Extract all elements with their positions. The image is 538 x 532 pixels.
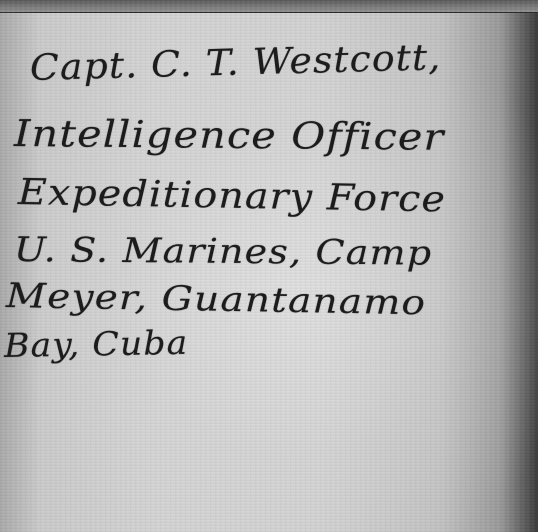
- handwritten-address: Capt. C. T. Westcott, Intelligence Offic…: [0, 0, 538, 532]
- address-line-branch: U. S. Marines, Camp: [14, 230, 433, 274]
- scanned-paper: Capt. C. T. Westcott, Intelligence Offic…: [0, 0, 538, 532]
- address-line-location: Bay, Cuba: [4, 323, 189, 365]
- address-line-name: Capt. C. T. Westcott,: [29, 37, 441, 89]
- address-line-camp: Meyer, Guantanamo: [6, 276, 427, 323]
- address-line-title: Intelligence Officer: [14, 112, 445, 159]
- address-line-unit: Expeditionary Force: [18, 172, 447, 220]
